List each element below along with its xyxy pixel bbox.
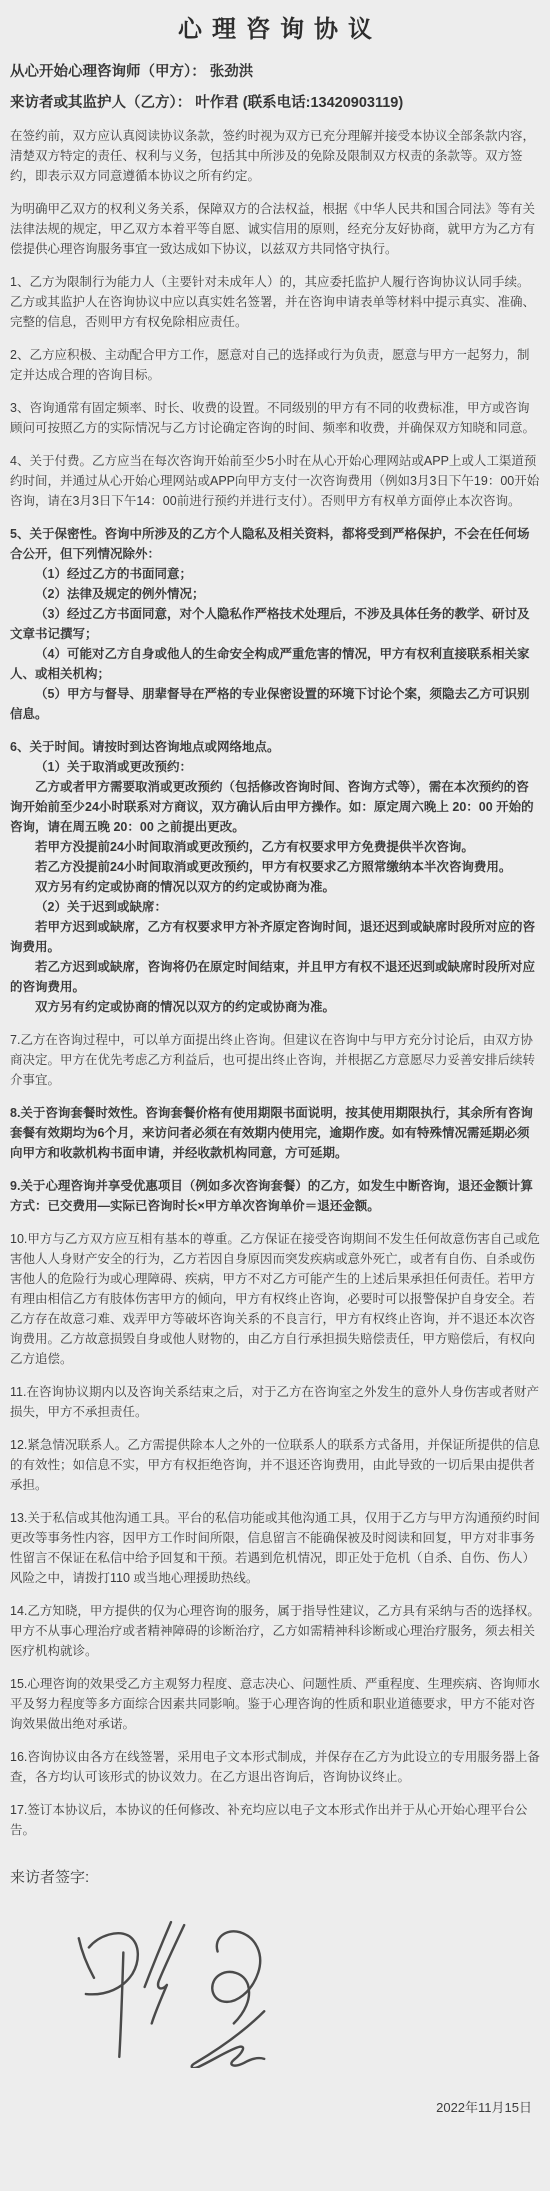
clause-6-head: 6、关于时间。请按时到达咨询地点或网络地点。 [10,737,540,757]
clause-6-line-4: 若乙方没提前24小时间取消或更改预约，甲方有权要求乙方照常缴纳本半次咨询费用。 [10,857,540,877]
clause-6-line-2: 乙方或者甲方需要取消或更改预约（包括修改咨询时间、咨询方式等），需在本次预约的咨… [10,777,540,837]
clause-16: 16.咨询协议由各方在线签署，采用电子文本形式制成，并保存在乙方为此设立的专用服… [10,1747,540,1787]
clause-14: 14.乙方知晓，甲方提供的仅为心理咨询的服务，属于指导性建议，乙方具有采纳与否的… [10,1601,540,1661]
signature-date: 2022年11月15日 [10,2098,540,2118]
clause-12: 12.紧急情况联系人。乙方需提供除本人之外的一位联系人的联系方式备用，并保证所提… [10,1435,540,1495]
clause-10: 10.甲方与乙方双方应互相有基本的尊重。乙方保证在接受咨询期间不发生任何故意伤害… [10,1229,540,1369]
agreement-document: 心理咨询协议 从心开始心理咨询师（甲方）： 张劲洪 来访者或其监护人（乙方）： … [0,0,550,2191]
clause-6-line-7: 若甲方迟到或缺席，乙方有权要求甲方补齐原定咨询时间，退还迟到或缺席时段所对应的咨… [10,917,540,957]
handwritten-signature [62,1916,282,2068]
party-a-line: 从心开始心理咨询师（甲方）： 张劲洪 [10,62,540,82]
clause-13: 13.关于私信或其他沟通工具。平台的私信功能或其他沟通工具，仅用于乙方与甲方沟通… [10,1508,540,1588]
clause-2: 2、乙方应积极、主动配合甲方工作，愿意对自己的选择或行为负责，愿意与甲方一起努力… [10,345,540,385]
clause-6: 6、关于时间。请按时到达咨询地点或网络地点。 （1）关于取消或更改预约： 乙方或… [10,737,540,1017]
party-b-line: 来访者或其监护人（乙方）： 叶作君 (联系电话:13420903119) [10,93,540,113]
intro-paragraph-1: 在签约前，双方应认真阅读协议条款，签约时视为双方已充分理解并接受本协议全部条款内… [10,126,540,186]
clause-6-line-9: 双方另有约定或协商的情况以双方的约定或协商为准。 [10,997,540,1017]
clause-6-line-6: （2）关于迟到或缺席： [10,897,540,917]
clause-5-item-3: （3）经过乙方书面同意，对个人隐私作严格技术处理后，不涉及具体任务的教学、研讨及… [10,604,540,644]
clause-6-line-3: 若甲方没提前24小时间取消或更改预约，乙方有权要求甲方免费提供半次咨询。 [10,837,540,857]
clause-6-line-5: 双方另有约定或协商的情况以双方的约定或协商为准。 [10,877,540,897]
clause-8: 8.关于咨询套餐时效性。咨询套餐价格有使用期限书面说明，按其使用期限执行，其余所… [10,1103,540,1163]
clause-3: 3、咨询通常有固定频率、时长、收费的设置。不同级别的甲方有不同的收费标准，甲方或… [10,398,540,438]
page-title: 心理咨询协议 [10,20,540,40]
visitor-signature-label: 来访者签字: [10,1868,540,1888]
clause-9: 9.关于心理咨询并享受优惠项目（例如多次咨询套餐）的乙方，如发生中断咨询，退还金… [10,1176,540,1216]
clause-7: 7.乙方在咨询过程中，可以单方面提出终止咨询。但建议在咨询中与甲方充分讨论后，由… [10,1030,540,1090]
intro-paragraph-2: 为明确甲乙双方的权利义务关系，保障双方的合法权益，根据《中华人民共和国合同法》等… [10,199,540,259]
clause-17: 17.签订本协议后，本协议的任何修改、补充均应以电子文本形式作出并于从心开始心理… [10,1800,540,1840]
clause-15: 15.心理咨询的效果受乙方主观努力程度、意志决心、问题性质、严重程度、生理疾病、… [10,1674,540,1734]
clause-6-line-8: 若乙方迟到或缺席，咨询将仍在原定时间结束，并且甲方有权不退还迟到或缺席时段所对应… [10,957,540,997]
clause-5: 5、关于保密性。咨询中所涉及的乙方个人隐私及相关资料，都将受到严格保护，不会在任… [10,524,540,724]
clause-5-head: 5、关于保密性。咨询中所涉及的乙方个人隐私及相关资料，都将受到严格保护，不会在任… [10,524,540,564]
clause-5-item-4: （4）可能对乙方自身或他人的生命安全构成严重危害的情况，甲方有权利直接联系相关家… [10,644,540,684]
clause-1: 1、乙方为限制行为能力人（主要针对未成年人）的，其应委托监护人履行咨询协议认同手… [10,272,540,332]
clause-5-item-1: （1）经过乙方的书面同意； [10,564,540,584]
clause-11: 11.在咨询协议期内以及咨询关系结束之后，对于乙方在咨询室之外发生的意外人身伤害… [10,1382,540,1422]
clause-5-item-5: （5）甲方与督导、朋辈督导在严格的专业保密设置的环境下讨论个案，须隐去乙方可识别… [10,684,540,724]
clause-6-line-1: （1）关于取消或更改预约： [10,757,540,777]
clause-4: 4、关于付费。乙方应当在每次咨询开始前至少5小时在从心开始心理网站或APP上或人… [10,451,540,511]
clause-5-item-2: （2）法律及规定的例外情况； [10,584,540,604]
